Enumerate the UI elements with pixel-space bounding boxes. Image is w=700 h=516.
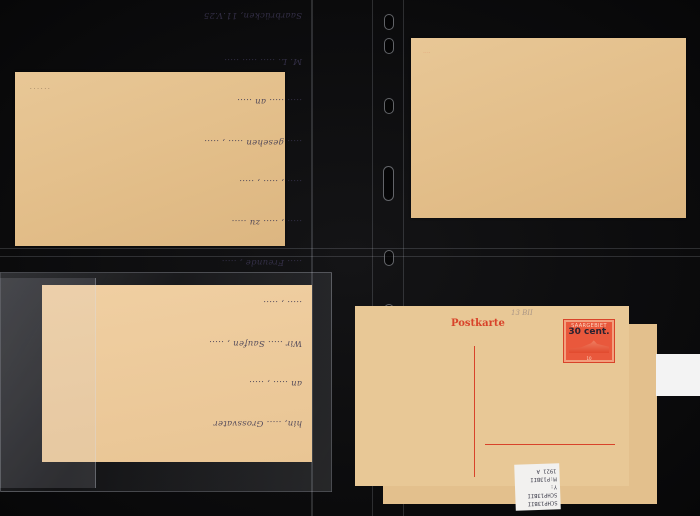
- imprinted-stamp: SAARGEBIET 30 cent. 10: [563, 319, 615, 363]
- binder-hole: [384, 250, 394, 266]
- message-line: ..... , ..... zu .....: [52, 215, 302, 228]
- label-line: SCHP13BII: [518, 498, 557, 507]
- stamp-landscape-icon: [569, 339, 609, 353]
- faint-imprint: ......: [29, 84, 51, 91]
- postkarte-title: Postkarte: [451, 318, 505, 329]
- message-line: ..... gesehen ..... , .....: [52, 134, 302, 147]
- binder-hole: [383, 166, 394, 201]
- message-line: ..... , ..... , .....: [52, 174, 302, 187]
- faint-imprint: ....: [423, 48, 431, 55]
- stamp-value: 10: [564, 356, 614, 361]
- stamp-surcharge: 30 cent.: [564, 327, 614, 337]
- place-date: Saarbrücken, 11.V.25: [52, 8, 302, 21]
- pencil-note: 13 BII: [511, 309, 533, 317]
- plastic-flap: [0, 278, 96, 488]
- label-line: M:P13BII: [518, 474, 557, 483]
- album-page-photo: ...... .... hin, ..... Grossvater an ...…: [0, 0, 700, 516]
- dealer-label-text: SCHP13BIISCHP13BIIY:M:P13BII1921 A: [517, 466, 557, 507]
- binder-hole: [384, 98, 394, 114]
- message-line: ..... ..... an .....: [52, 94, 302, 107]
- label-line: SCHP13BII: [518, 490, 557, 499]
- label-line: 1921 A: [517, 466, 556, 475]
- address-line: [485, 444, 615, 445]
- binder-hole: [384, 14, 394, 30]
- divider-line: [474, 346, 475, 477]
- white-tab: [656, 354, 700, 396]
- message-line: ..... Freunde , .....: [52, 255, 302, 268]
- binder-hole: [384, 38, 394, 54]
- message-line: M. L. ..... ..... .....: [52, 54, 302, 67]
- postcard-top-right: ....: [411, 38, 686, 218]
- postkarte-card: Postkarte 13 BII SAARGEBIET 30 cent. 10: [355, 306, 629, 486]
- dealer-label: SCHP13BIISCHP13BIIY:M:P13BII1921 A: [514, 463, 561, 511]
